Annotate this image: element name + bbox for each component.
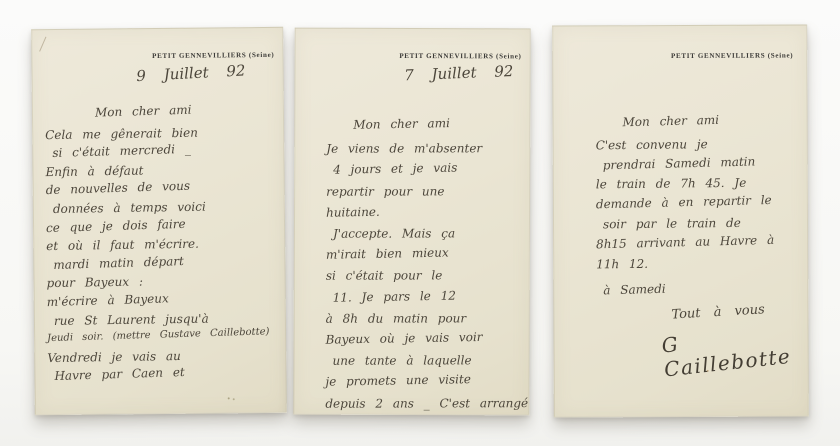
handwritten-line: je promets une visite: [325, 369, 528, 394]
handwritten-line: 8h15 arrivant au Havre à: [596, 230, 807, 255]
handwritten-line: Mon cher ami: [353, 112, 529, 136]
letter-page-3: PETIT GENNEVILLIERS (Seine) Mon cher ami…: [552, 24, 809, 417]
handwritten-line: 4 jours et je vais: [333, 157, 529, 182]
handwritten-line: m'irait bien mieux: [326, 241, 529, 266]
handwritten-line: Bayeux où je vais voir: [325, 326, 528, 351]
handwritten-line: demande à en repartir le: [596, 190, 807, 215]
letterhead: PETIT GENNEVILLIERS (Seine): [553, 51, 806, 60]
letterhead: PETIT GENNEVILLIERS (Seine): [296, 52, 530, 61]
letter-page-2: PETIT GENNEVILLIERS (Seine) 7 Juillet 92…: [293, 28, 530, 416]
handwritten-line: 11. Je pars le 12: [333, 284, 529, 309]
letter-body: Mon cher amiJe viens de m'absenter4 jour…: [294, 115, 529, 416]
handwritten-line: huitaine.: [326, 199, 529, 224]
letter-date: 7 Juillet 92: [295, 61, 530, 92]
handwritten-line: depuis 2 ans _ C'est arrangé: [325, 393, 528, 415]
handwritten-line: 11h 12.: [596, 253, 807, 275]
manuscript-letters-photo: PETIT GENNEVILLIERS (Seine) 9 Juillet 92…: [0, 0, 840, 446]
letter-body: Mon cher amiCela me gênerait biensi c'ét…: [33, 102, 286, 386]
signature: G Caillebotte: [660, 318, 809, 382]
handwritten-line: à Samedi: [603, 277, 807, 302]
letter-date: 9 Juillet 92: [32, 59, 283, 94]
letter-body: Mon cher amiC'est convenu jeprendrai Sam…: [554, 112, 808, 301]
handwritten-line: Mon cher ami: [622, 109, 806, 133]
letterhead: PETIT GENNEVILLIERS (Seine): [32, 51, 282, 61]
letter-page-1: PETIT GENNEVILLIERS (Seine) 9 Juillet 92…: [31, 27, 287, 415]
handwritten-line: Mon cher ami: [95, 98, 283, 122]
